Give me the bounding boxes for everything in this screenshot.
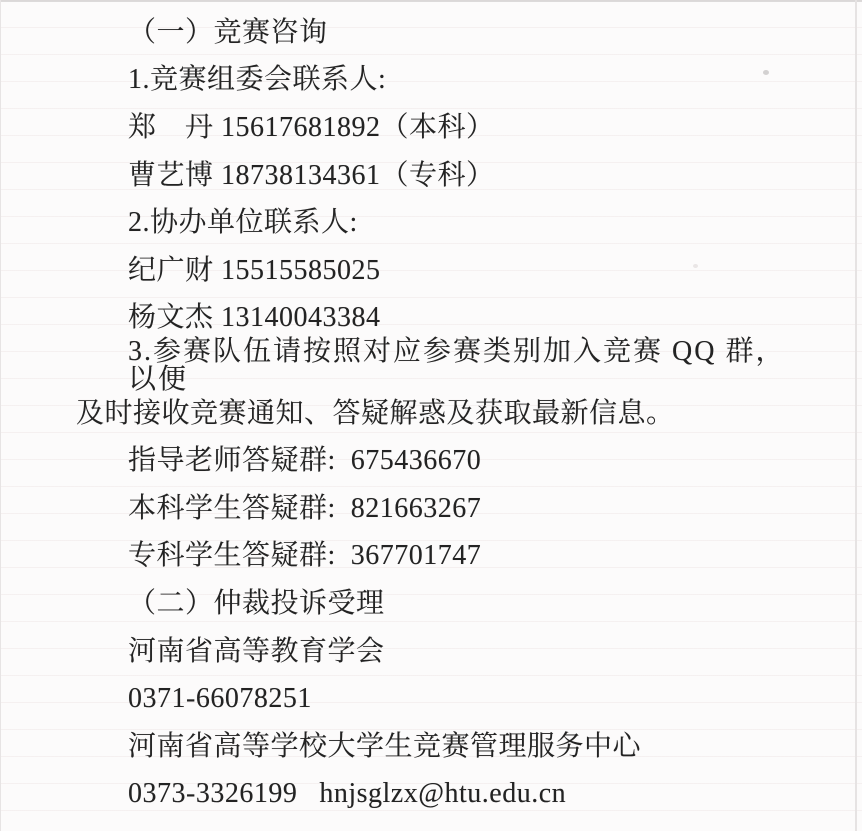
section-two-heading: （二）仲裁投诉受理: [76, 580, 786, 628]
service-center-name: 河南省高等学校大学生竞赛管理服务中心: [76, 723, 786, 771]
service-center-phone: 0373-3326199: [128, 780, 297, 808]
service-center-email: hnjsglzx@htu.edu.cn: [319, 780, 566, 808]
qq-notice-line-2: 及时接收竞赛通知、答疑解惑及获取最新信息。: [76, 390, 786, 438]
service-center-contact-line: 0373-3326199 hnjsglzx@htu.edu.cn: [76, 771, 786, 819]
section-one-heading: （一）竞赛咨询: [76, 9, 786, 57]
contact-zheng-dan-line: 郑 丹 15617681892（本科）: [76, 104, 786, 152]
scan-edge-right: [855, 0, 857, 831]
contact-ji-guangcai-line: 纪广财 15515585025: [76, 247, 786, 295]
co-organizer-contacts-label: 2.协办单位联系人:: [76, 199, 786, 247]
scanned-document-page: （一）竞赛咨询 1.竞赛组委会联系人: 郑 丹 15617681892（本科） …: [0, 0, 862, 831]
society-phone-line: 0371-66078251: [76, 675, 786, 723]
contact-cao-yibo-line: 曹艺博 18738134361（专科）: [76, 152, 786, 200]
teacher-qq-group-line: 指导老师答疑群: 675436670: [76, 437, 786, 485]
committee-contacts-label: 1.竞赛组委会联系人:: [76, 57, 786, 105]
undergraduate-qq-group-line: 本科学生答疑群: 821663267: [76, 485, 786, 533]
document-content: （一）竞赛咨询 1.竞赛组委会联系人: 郑 丹 15617681892（本科） …: [0, 0, 786, 818]
qq-notice-line-1: 3.参赛队伍请按照对应参赛类别加入竞赛 QQ 群， 以便: [76, 342, 786, 390]
vocational-qq-group-line: 专科学生答疑群: 367701747: [76, 533, 786, 581]
higher-education-society-name: 河南省高等教育学会: [76, 628, 786, 676]
